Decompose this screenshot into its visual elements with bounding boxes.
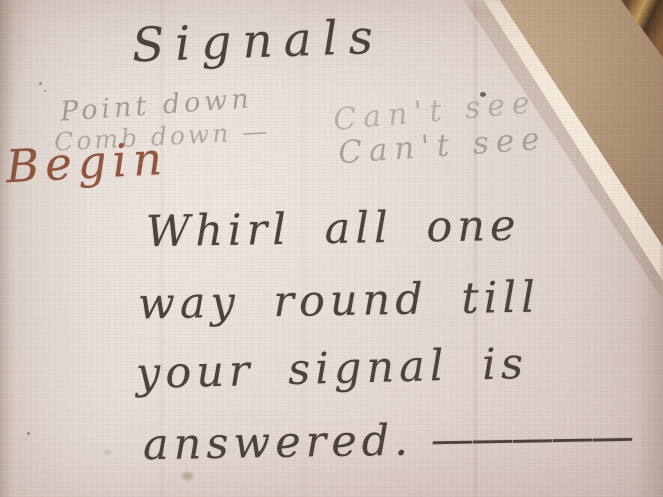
ink-speck	[39, 82, 42, 85]
body-line-4: answered.—————	[143, 412, 632, 471]
begin-label: Begin	[5, 132, 169, 193]
trailing-dash-flourish: —————	[430, 412, 631, 465]
manuscript-photo: Signals Point down Comb down — Can't see…	[0, 0, 663, 497]
ink-speck	[27, 432, 30, 435]
ink-speck	[44, 90, 46, 92]
paper-smudge	[182, 472, 193, 480]
body-line-2: way round till	[138, 272, 541, 329]
body-line-1: Whirl all one	[146, 201, 521, 258]
body-line-3: your signal is	[135, 339, 528, 399]
page-left-edge-shadow	[0, 0, 14, 497]
page-title: Signals	[131, 10, 385, 74]
body-line-4-text: answered.	[143, 416, 414, 471]
ink-speck	[480, 92, 486, 97]
paper-smudge	[104, 450, 111, 455]
